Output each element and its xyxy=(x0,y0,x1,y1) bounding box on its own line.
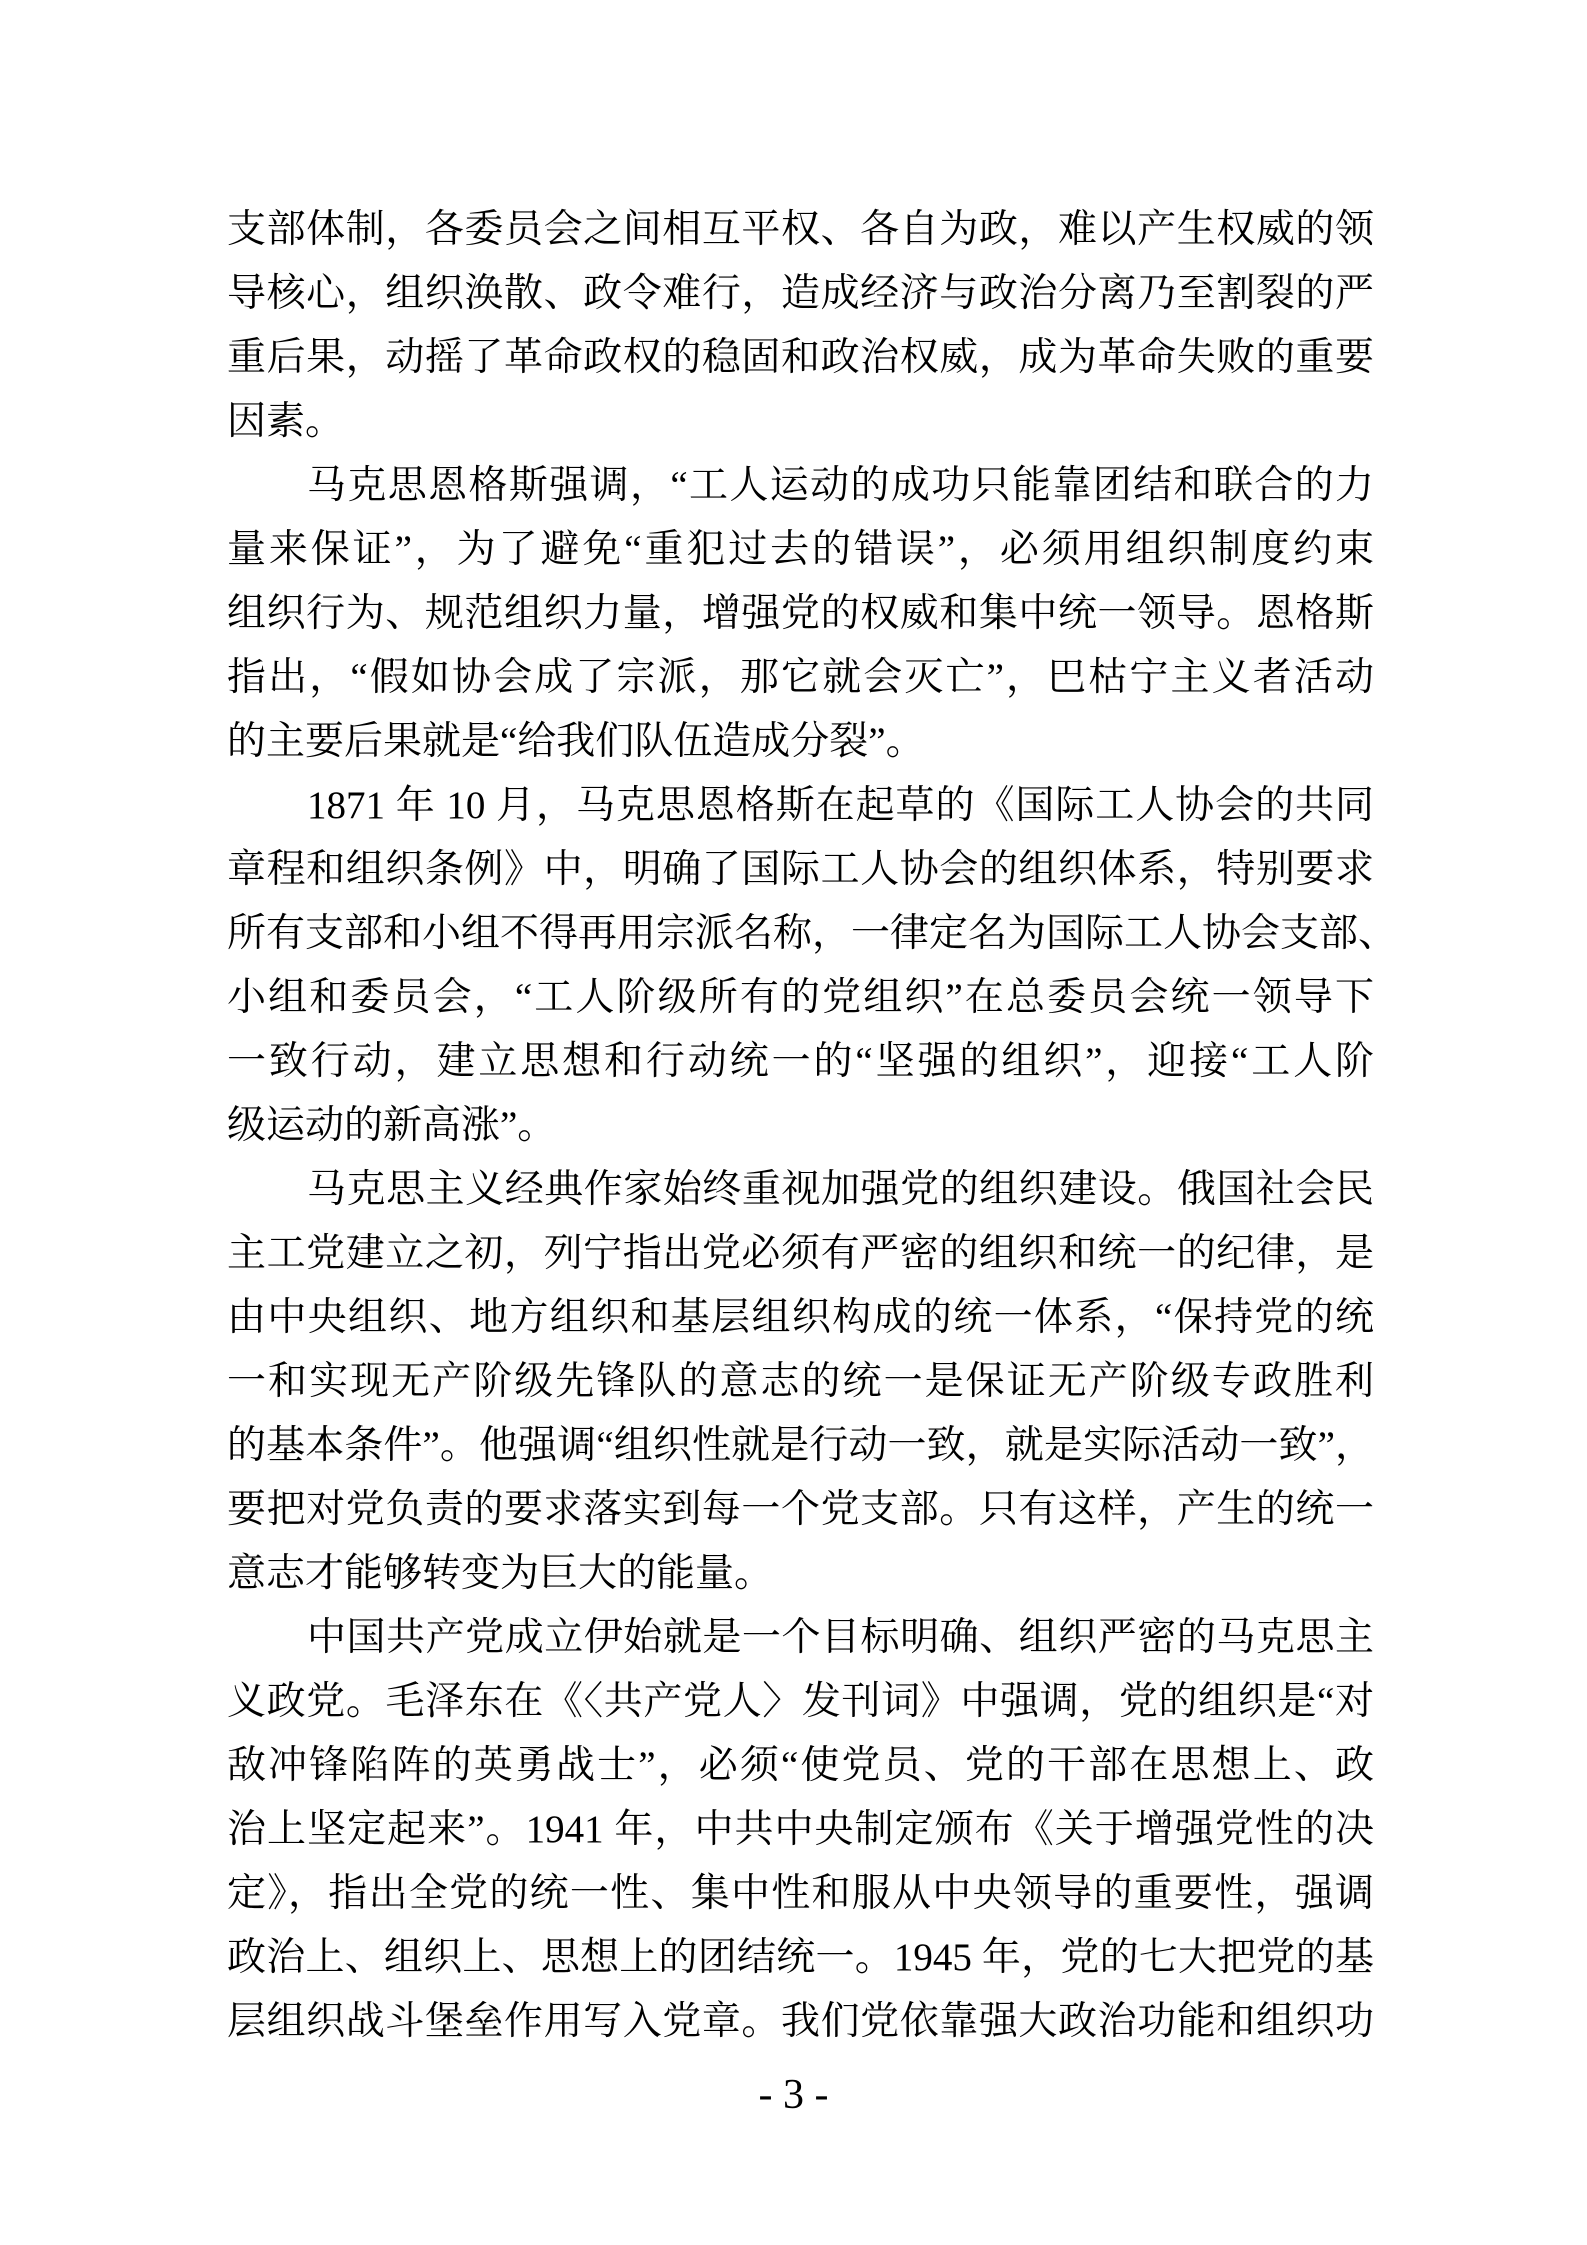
text-line: 治上坚定起来”。1941 年，中共中央制定颁布《关于增强党性的决 xyxy=(227,1798,1374,1862)
text-line: 小组和委员会，“工人阶级所有的党组织”在总委员会统一领导下 xyxy=(227,966,1374,1030)
text-line: 章程和组织条例》中，明确了国际工人协会的组织体系，特别要求 xyxy=(227,838,1374,902)
document-body: 支部体制，各委员会之间相互平权、各自为政，难以产生权威的领导核心，组织涣散、政令… xyxy=(227,198,1374,2054)
text-line: 组织行为、规范组织力量，增强党的权威和集中统一领导。恩格斯 xyxy=(227,582,1374,646)
text-line: 1871 年 10 月，马克思恩格斯在起草的《国际工人协会的共同 xyxy=(227,774,1374,838)
text-line: 级运动的新高涨”。 xyxy=(227,1094,1374,1158)
text-line: 马克思恩格斯强调，“工人运动的成功只能靠团结和联合的力 xyxy=(227,454,1374,518)
text-line: 因素。 xyxy=(227,390,1374,454)
text-line: 一致行动，建立思想和行动统一的“坚强的组织”，迎接“工人阶 xyxy=(227,1030,1374,1094)
document-page: 支部体制，各委员会之间相互平权、各自为政，难以产生权威的领导核心，组织涣散、政令… xyxy=(0,0,1587,2245)
text-line: 意志才能够转变为巨大的能量。 xyxy=(227,1542,1374,1606)
text-line: 指出，“假如协会成了宗派，那它就会灭亡”，巴枯宁主义者活动 xyxy=(227,646,1374,710)
paragraph: 中国共产党成立伊始就是一个目标明确、组织严密的马克思主义政党。毛泽东在《〈共产党… xyxy=(227,1606,1374,2054)
text-line: 中国共产党成立伊始就是一个目标明确、组织严密的马克思主 xyxy=(227,1606,1374,1670)
text-line: 的主要后果就是“给我们队伍造成分裂”。 xyxy=(227,710,1374,774)
text-line: 要把对党负责的要求落实到每一个党支部。只有这样，产生的统一 xyxy=(227,1478,1374,1542)
text-line: 敌冲锋陷阵的英勇战士”，必须“使党员、党的干部在思想上、政 xyxy=(227,1734,1374,1798)
text-line: 重后果，动摇了革命政权的稳固和政治权威，成为革命失败的重要 xyxy=(227,326,1374,390)
paragraph: 1871 年 10 月，马克思恩格斯在起草的《国际工人协会的共同章程和组织条例》… xyxy=(227,774,1374,1158)
text-line: 主工党建立之初，列宁指出党必须有严密的组织和统一的纪律，是 xyxy=(227,1222,1374,1286)
text-line: 所有支部和小组不得再用宗派名称，一律定名为国际工人协会支部、 xyxy=(227,902,1374,966)
page-number: - 3 - xyxy=(759,2072,829,2118)
text-line: 导核心，组织涣散、政令难行，造成经济与政治分离乃至割裂的严 xyxy=(227,262,1374,326)
text-line: 义政党。毛泽东在《〈共产党人〉发刊词》中强调，党的组织是“对 xyxy=(227,1670,1374,1734)
text-line: 的基本条件”。他强调“组织性就是行动一致，就是实际活动一致”， xyxy=(227,1414,1374,1478)
text-line: 支部体制，各委员会之间相互平权、各自为政，难以产生权威的领 xyxy=(227,198,1374,262)
text-line: 由中央组织、地方组织和基层组织构成的统一体系，“保持党的统 xyxy=(227,1286,1374,1350)
text-line: 量来保证”，为了避免“重犯过去的错误”，必须用组织制度约束 xyxy=(227,518,1374,582)
paragraph: 马克思主义经典作家始终重视加强党的组织建设。俄国社会民主工党建立之初，列宁指出党… xyxy=(227,1158,1374,1606)
text-line: 政治上、组织上、思想上的团结统一。1945 年，党的七大把党的基 xyxy=(227,1926,1374,1990)
text-line: 一和实现无产阶级先锋队的意志的统一是保证无产阶级专政胜利 xyxy=(227,1350,1374,1414)
page-footer: - 3 - xyxy=(0,2072,1587,2118)
paragraph: 马克思恩格斯强调，“工人运动的成功只能靠团结和联合的力量来保证”，为了避免“重犯… xyxy=(227,454,1374,774)
text-line: 马克思主义经典作家始终重视加强党的组织建设。俄国社会民 xyxy=(227,1158,1374,1222)
text-line: 层组织战斗堡垒作用写入党章。我们党依靠强大政治功能和组织功 xyxy=(227,1990,1374,2054)
paragraph: 支部体制，各委员会之间相互平权、各自为政，难以产生权威的领导核心，组织涣散、政令… xyxy=(227,198,1374,454)
text-line: 定》，指出全党的统一性、集中性和服从中央领导的重要性，强调 xyxy=(227,1862,1374,1926)
